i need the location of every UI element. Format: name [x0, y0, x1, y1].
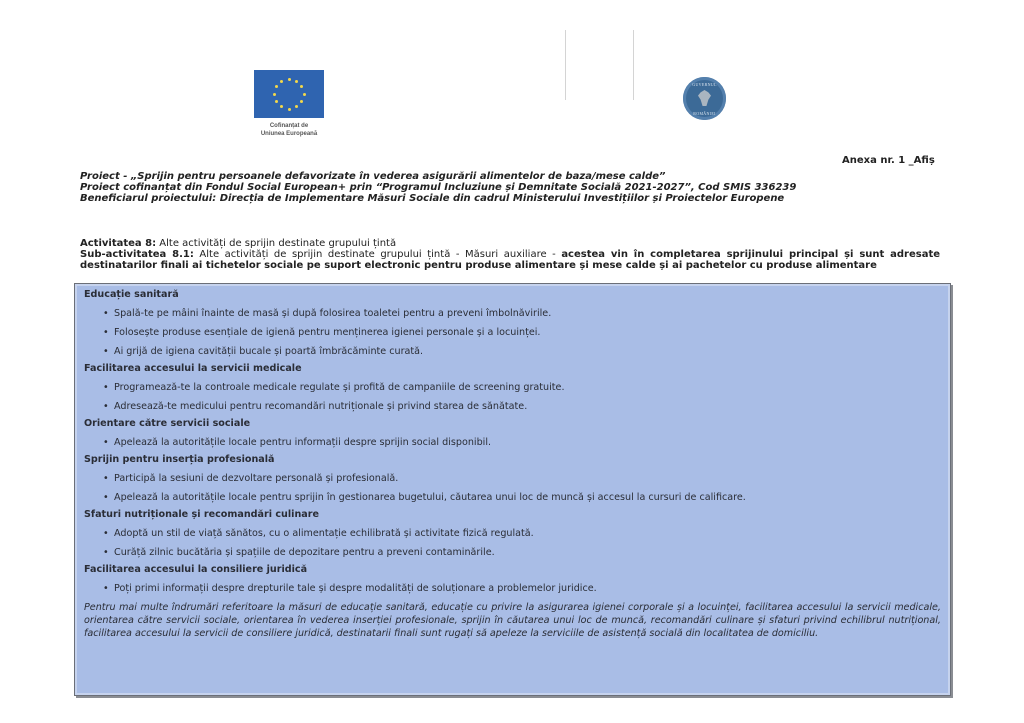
star-icon	[295, 105, 298, 108]
bullet-item: Ai grijă de igiena cavității bucale și p…	[75, 345, 950, 358]
section-title: Facilitarea accesului la servicii medica…	[75, 362, 950, 375]
scan-artifact	[633, 30, 634, 100]
bullet-item: Adresează-te medicului pentru recomandăr…	[75, 400, 950, 413]
activity-line: Activitatea 8: Alte activități de spriji…	[80, 238, 940, 249]
section-title: Facilitarea accesului la consiliere juri…	[75, 563, 950, 576]
info-box: Educație sanitarăSpală-te pe mâini înain…	[74, 283, 951, 696]
sub-activity-line: Sub-activitatea 8.1: Alte activități de …	[80, 249, 940, 260]
bullet-item: Poți primi informații despre drepturile …	[75, 582, 950, 595]
eu-logo-caption: Cofinanțat de Uniunea Europeană	[232, 122, 346, 138]
star-icon	[288, 108, 291, 111]
sub-activity-bold-text: acestea vin în completarea sprijinului p…	[561, 249, 940, 260]
sub-activity-label: Sub-activitatea 8.1:	[80, 249, 194, 260]
project-info: Proiect - „Sprijin pentru persoanele def…	[80, 171, 940, 204]
star-icon	[288, 78, 291, 81]
star-icon	[275, 85, 278, 88]
bullet-item: Curăță zilnic bucătăria și spațiile de d…	[75, 546, 950, 559]
bullet-item: Spală-te pe mâini înainte de masă și dup…	[75, 307, 950, 320]
bullet-item: Apelează la autoritățile locale pentru s…	[75, 491, 950, 504]
bullet-item: Apelează la autoritățile locale pentru i…	[75, 436, 950, 449]
section-title: Educație sanitară	[75, 288, 950, 301]
closing-note: Pentru mai multe îndrumări referitoare l…	[75, 601, 950, 640]
star-icon	[295, 80, 298, 83]
eu-flag-logo	[254, 70, 324, 118]
star-icon	[280, 105, 283, 108]
annex-label: Anexa nr. 1 _Afiș	[842, 155, 935, 166]
star-icon	[275, 100, 278, 103]
eu-caption-line2: Uniunea Europeană	[232, 130, 346, 138]
project-beneficiary: Beneficiarul proiectului: Direcția de Im…	[80, 193, 940, 204]
star-icon	[300, 85, 303, 88]
eu-caption-line1: Cofinanțat de	[232, 122, 346, 130]
star-icon	[273, 93, 276, 96]
activity-info: Activitatea 8: Alte activități de spriji…	[80, 238, 940, 271]
star-icon	[303, 93, 306, 96]
star-icon	[300, 100, 303, 103]
eagle-icon	[698, 90, 711, 106]
bullet-item: Folosește produse esențiale de igienă pe…	[75, 326, 950, 339]
bullet-item: Adoptă un stil de viață sănătos, cu o al…	[75, 527, 950, 540]
activity-label: Activitatea 8:	[80, 238, 156, 249]
project-funding: Proiect cofinanțat din Fondul Social Eur…	[80, 182, 940, 193]
sub-activity-text: Alte activități de sprijin destinate gru…	[199, 249, 555, 260]
seal-text-top: GUVERNUL	[683, 82, 726, 87]
scan-artifact	[565, 30, 566, 100]
activity-text: Alte activități de sprijin destinate gru…	[159, 238, 396, 249]
star-icon	[280, 80, 283, 83]
section-title: Orientare către servicii sociale	[75, 417, 950, 430]
section-title: Sfaturi nutriționale și recomandări culi…	[75, 508, 950, 521]
section-title: Sprijin pentru inserția profesională	[75, 453, 950, 466]
sub-activity-line3: destinatarilor finali ai tichetelor soci…	[80, 260, 940, 271]
seal-text-bottom: ROMÂNIEI	[683, 111, 726, 116]
bullet-item: Participă la sesiuni de dezvoltare perso…	[75, 472, 950, 485]
bullet-item: Programează-te la controale medicale reg…	[75, 381, 950, 394]
project-title: Proiect - „Sprijin pentru persoanele def…	[80, 171, 940, 182]
romanian-government-seal-logo: GUVERNUL ROMÂNIEI	[683, 77, 726, 120]
